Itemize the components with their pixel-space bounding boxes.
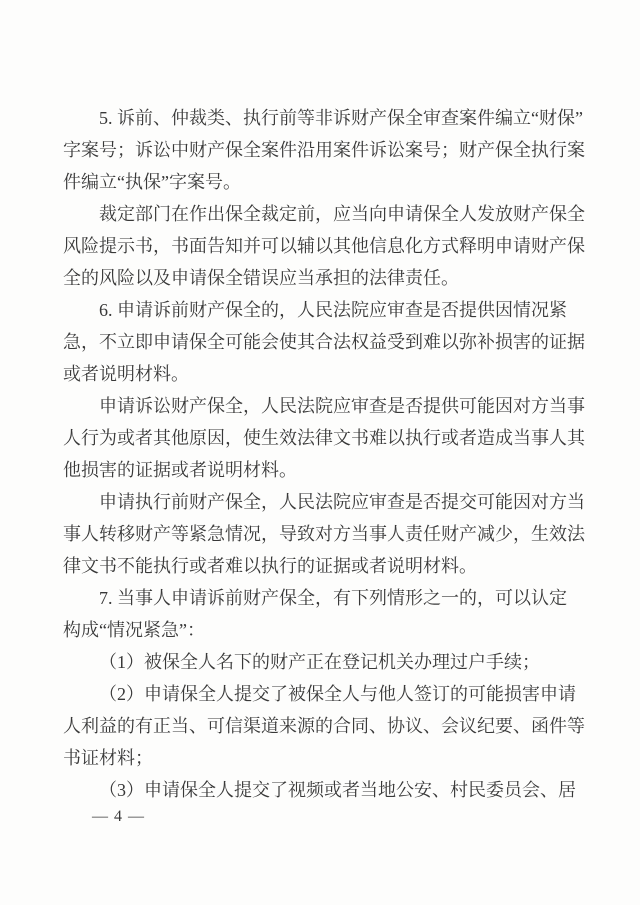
page-number: — 4 — bbox=[92, 806, 145, 828]
paragraph-item-5: 5. 诉前、仲裁类、执行前等非诉财产保全审查案件编立“财保” 字案号；诉讼中财产… bbox=[63, 102, 589, 198]
paragraph-item-7: 7. 当事人申请诉前财产保全，有下列情形之一的，可以认定 构成“情况紧急”： bbox=[63, 582, 589, 646]
document-page: 5. 诉前、仲裁类、执行前等非诉财产保全审查案件编立“财保” 字案号；诉讼中财产… bbox=[0, 0, 640, 905]
paragraph-item-6-pre-enforcement: 申请执行前财产保全，人民法院应审查是否提交可能因对方当 事人转移财产等紧急情况，… bbox=[63, 486, 589, 582]
paragraph-item-6-litigation: 申请诉讼财产保全，人民法院应审查是否提供可能因对方当事 人行为或者其他原因，使生… bbox=[63, 390, 589, 486]
paragraph-item-6: 6. 申请诉前财产保全的，人民法院应审查是否提供因情况紧 急，不立即申请保全可能… bbox=[63, 294, 589, 390]
document-body: 5. 诉前、仲裁类、执行前等非诉财产保全审查案件编立“财保” 字案号；诉讼中财产… bbox=[63, 102, 589, 806]
paragraph-item-5-risk-notice: 裁定部门在作出保全裁定前，应当向申请保全人发放财产保全 风险提示书，书面告知并可… bbox=[63, 198, 589, 294]
paragraph-item-7-sub-2: （2）申请保全人提交了被保全人与他人签订的可能损害申请 人利益的有正当、可信渠道… bbox=[63, 678, 589, 774]
paragraph-item-7-sub-3: （3）申请保全人提交了视频或者当地公安、村民委员会、居 bbox=[63, 774, 589, 806]
paragraph-item-7-sub-1: （1）被保全人名下的财产正在登记机关办理过户手续； bbox=[63, 646, 589, 678]
